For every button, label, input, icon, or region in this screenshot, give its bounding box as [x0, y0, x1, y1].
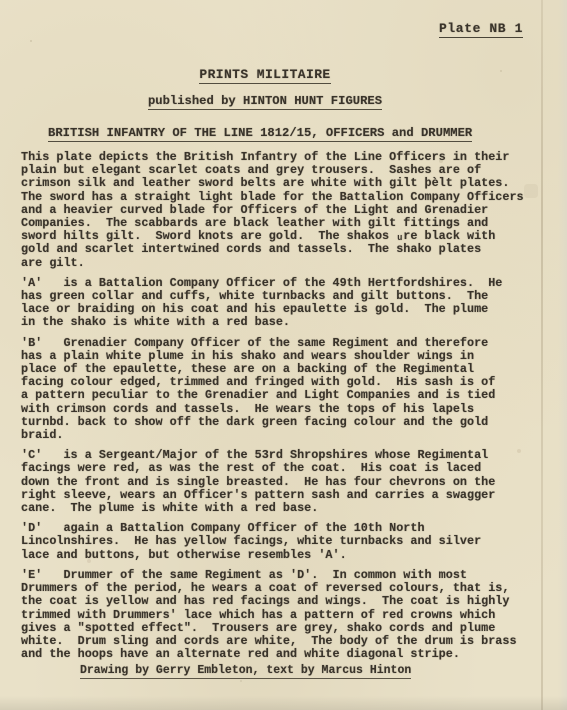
- text-line: down the front and is single breasted. H…: [21, 476, 524, 489]
- plate-label: Plate NB 1: [439, 21, 523, 38]
- text-line: cane. The plume is white with a red base…: [21, 502, 524, 515]
- credit-line: Drawing by Gerry Embleton, text by Marcu…: [80, 664, 411, 679]
- paragraph-intro: This plate depicts the British Infantry …: [21, 151, 524, 270]
- paragraph-figure-b: 'B' Grenadier Company Officer of the sam…: [21, 337, 524, 443]
- text-line: lace and buttons, but otherwise resemble…: [21, 549, 524, 562]
- section-heading: BRITISH INFANTRY OF THE LINE 1812/15, OF…: [48, 126, 472, 142]
- text-line: gives a "spotted effect". Trousers are g…: [21, 622, 524, 635]
- body-paragraphs: This plate depicts the British Infantry …: [21, 151, 524, 668]
- paper-speckles: [30, 40, 32, 42]
- text-line: gold and scarlet intertwined cords and t…: [21, 243, 524, 256]
- text-line: are gilt.: [21, 257, 524, 270]
- text-line: braid.: [21, 429, 524, 442]
- text-line: the coat is yellow and has red facings a…: [21, 595, 524, 608]
- text-line: turnbd. back to show off the dark green …: [21, 416, 524, 429]
- subtitle-row: published by HINTON HUNT FIGURES: [0, 91, 530, 110]
- text-line: crimson silk and leather sword belts are…: [21, 177, 524, 190]
- document-page: Plate NB 1 PRINTS MILITAIRE published by…: [0, 0, 567, 710]
- text-line: a pattern peculiar to the Grenadier and …: [21, 389, 524, 402]
- text-line: and the hoops have an alternate red and …: [21, 648, 524, 661]
- paragraph-figure-c: 'C' is a Sergeant/Major of the 53rd Shro…: [21, 449, 524, 515]
- text-line: Lincolnshires. He has yellow facings, wh…: [21, 535, 524, 548]
- text-line: The sword has a straight light blade for…: [21, 191, 524, 204]
- paragraph-figure-d: 'D' again a Battalion Company Officer of…: [21, 522, 524, 562]
- text-line: with crimson cords and tassels. He wears…: [21, 403, 524, 416]
- text-line: in the shako is white with a red base.: [21, 316, 524, 329]
- paragraph-figure-a: 'A' is a Battalion Company Officer of th…: [21, 277, 524, 330]
- document-title: PRINTS MILITAIRE: [199, 67, 330, 84]
- paper-bottom-shade: [0, 696, 567, 710]
- text-line: 'B' Grenadier Company Officer of the sam…: [21, 337, 524, 350]
- paper-crease-line: [541, 0, 543, 710]
- paragraph-figure-e: 'E' Drummer of the same Regiment as 'D'.…: [21, 569, 524, 661]
- title-row: PRINTS MILITAIRE: [0, 65, 530, 84]
- text-line: trimmed with Drummers' lace which has a …: [21, 609, 524, 622]
- paper-right-edge: [558, 0, 567, 710]
- publisher-line: published by HINTON HUNT FIGURES: [148, 94, 382, 110]
- text-line: facings were red, as was the rest of the…: [21, 462, 524, 475]
